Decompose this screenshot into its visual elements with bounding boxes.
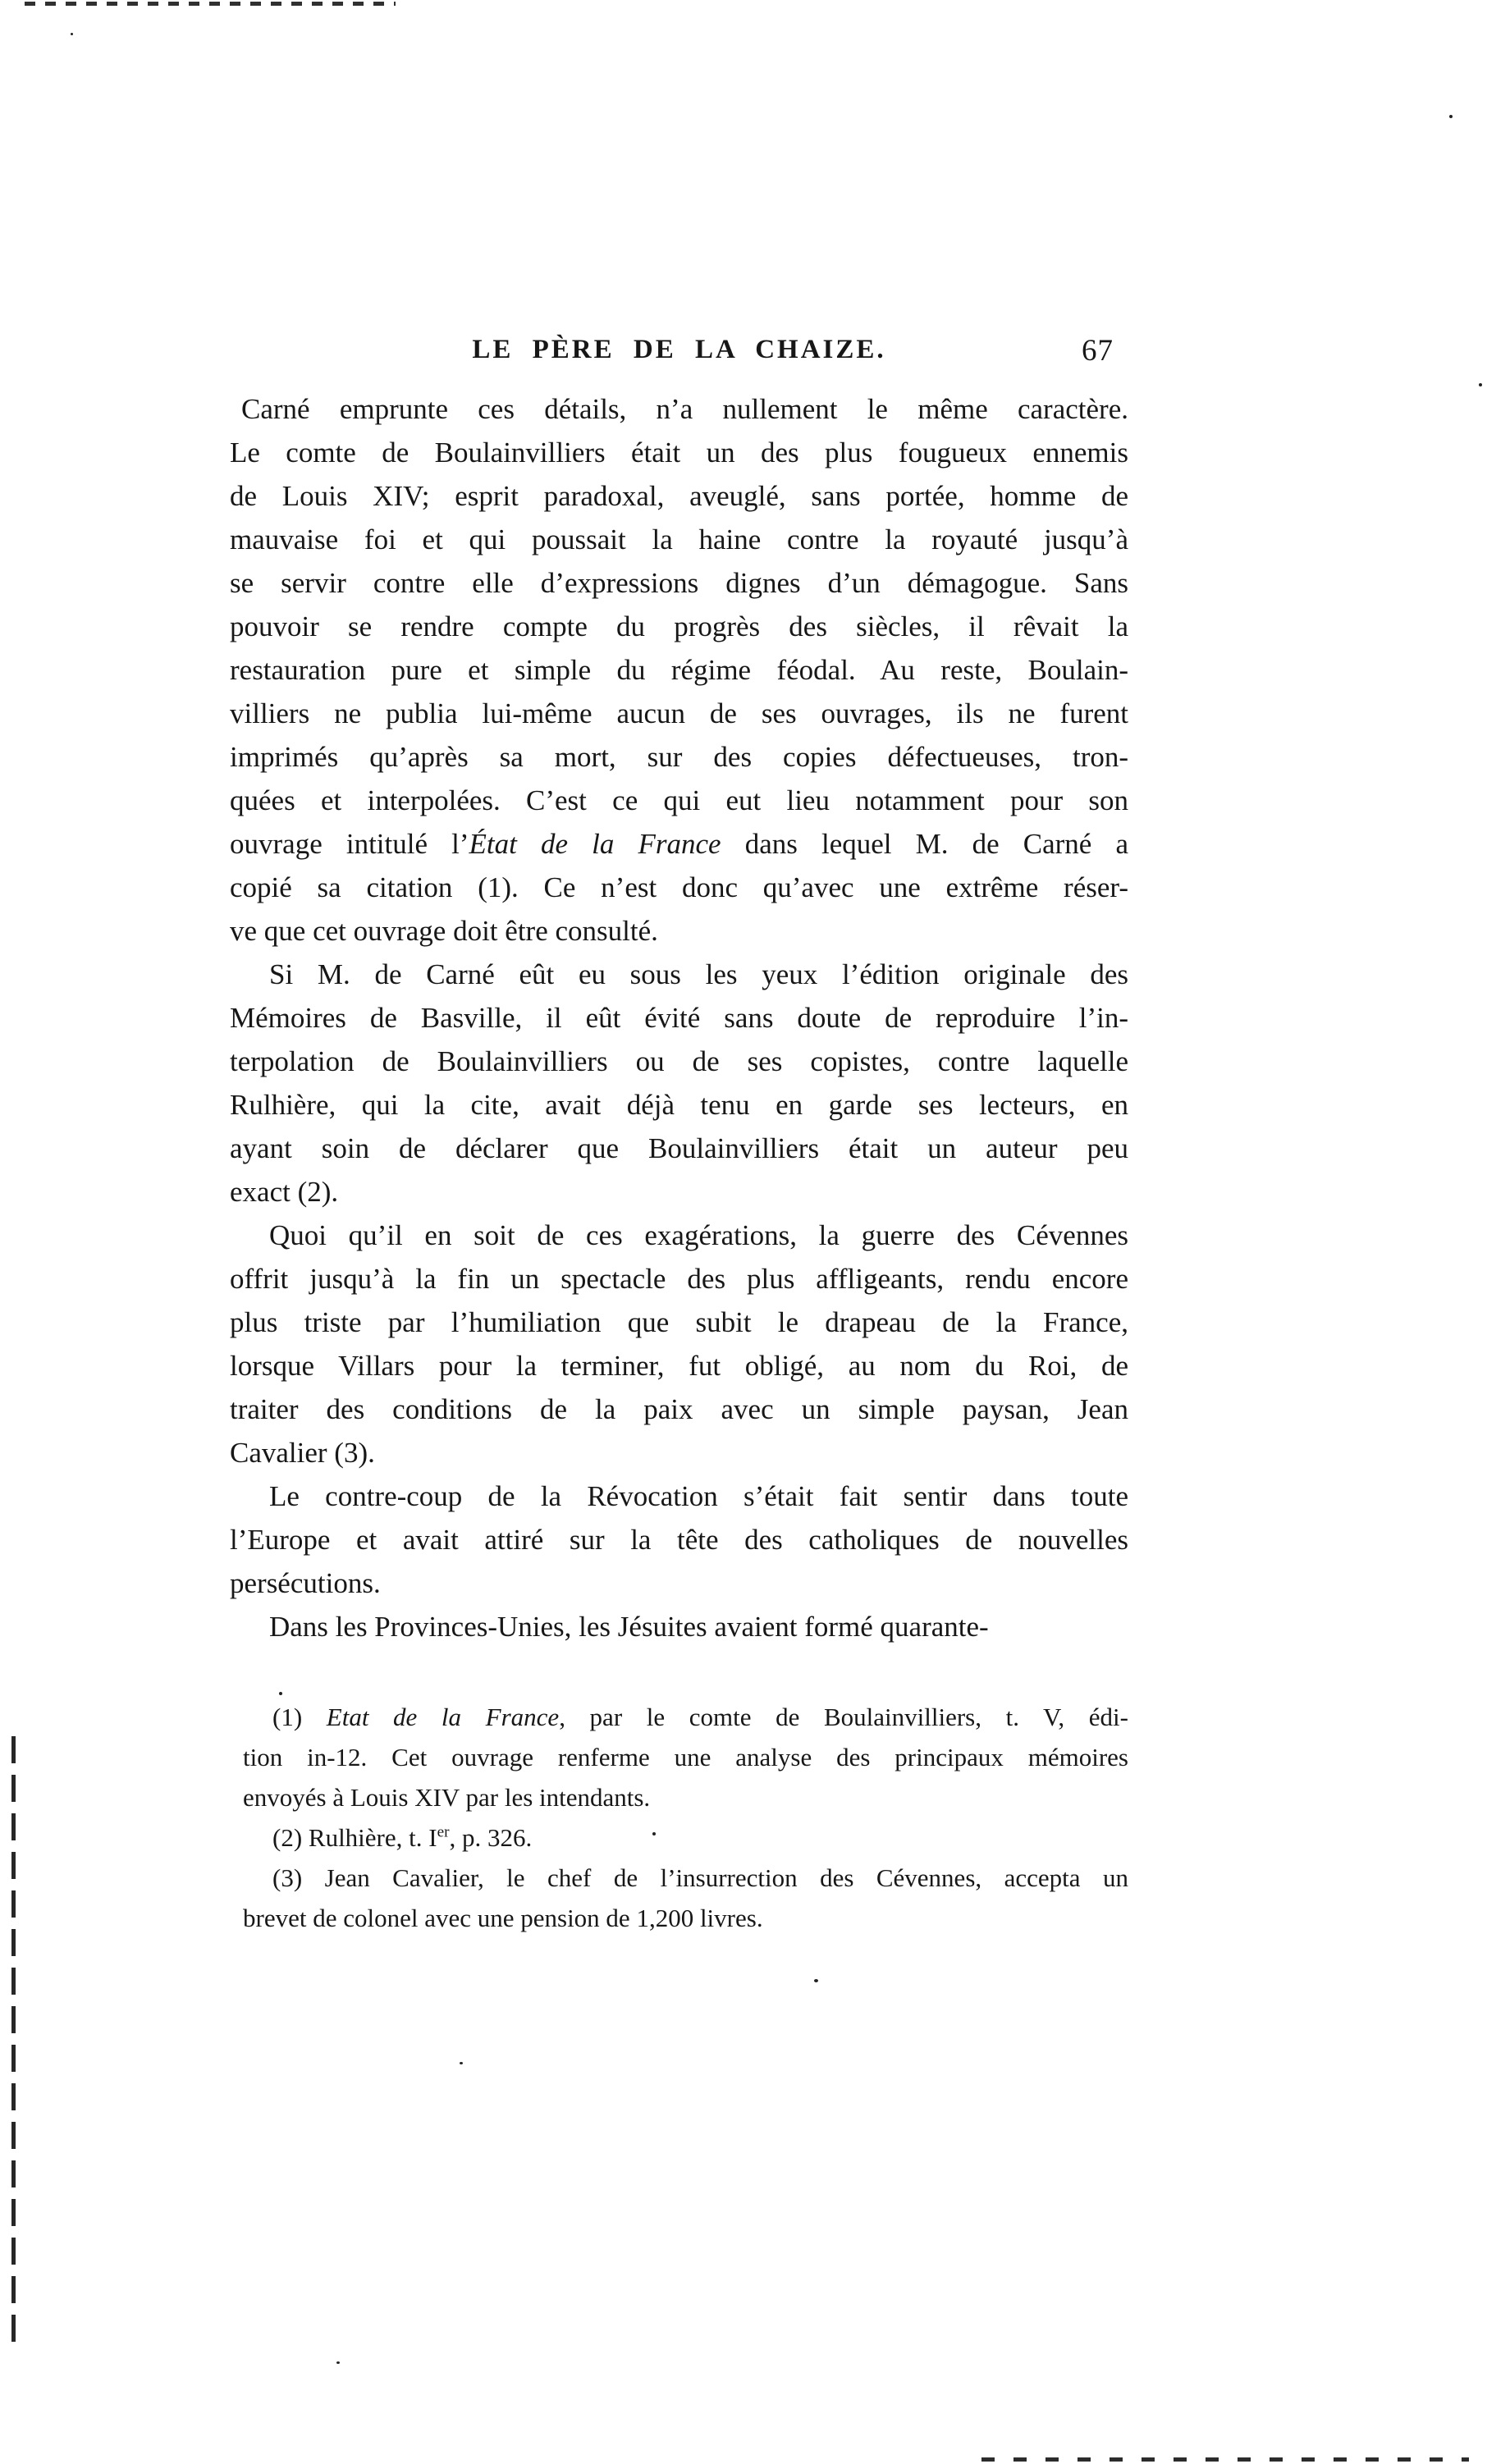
document-page: LE PÈRE DE LA CHAIZE. 67 Carné emprunte … [0, 0, 1487, 2464]
text-line: se servir contre elle d’expressions dign… [230, 561, 1128, 605]
italic-text: État de la France [469, 828, 721, 860]
text-line: Le contre-coup de la Révocation s’était … [230, 1474, 1128, 1518]
text-segment: Mémoires de Basville, il eût évité sans … [230, 1002, 1128, 1034]
text-segment: envoyés à Louis XIV par les intendants. [243, 1783, 650, 1812]
text-segment: ayant soin de déclarer que Boulainvillie… [230, 1132, 1128, 1164]
text-line: copié sa citation (1). Ce n’est donc qu’… [230, 866, 1128, 909]
text-segment: Le contre-coup de la Révocation s’était … [269, 1480, 1128, 1512]
text-line: tion in-12. Cet ouvrage renferme une ana… [243, 1737, 1128, 1777]
text-segment: pouvoir se rendre compte du progrès des … [230, 610, 1128, 642]
text-line: l’Europe et avait attiré sur la tête des… [230, 1518, 1128, 1561]
text-segment: villiers ne publia lui-même aucun de ses… [230, 697, 1128, 729]
page-number: 67 [1082, 333, 1114, 368]
text-line: offrit jusqu’à la fin un spectacle des p… [230, 1257, 1128, 1301]
scan-speck [814, 1979, 818, 1982]
text-segment: lorsque Villars pour la terminer, fut ob… [230, 1350, 1128, 1382]
text-segment: l’Europe et avait attiré sur la tête des… [230, 1524, 1128, 1556]
text-segment: exact (2). [230, 1176, 338, 1208]
text-line: imprimés qu’après sa mort, sur des copie… [230, 735, 1128, 779]
text-segment: (3) Jean Cavalier, le chef de l’insurrec… [272, 1863, 1128, 1892]
text-line: (3) Jean Cavalier, le chef de l’insurrec… [243, 1858, 1128, 1898]
text-segment: copié sa citation (1). Ce n’est donc qu’… [230, 871, 1128, 903]
text-segment: offrit jusqu’à la fin un spectacle des p… [230, 1263, 1128, 1295]
text-line: plus triste par l’humiliation que subit … [230, 1301, 1128, 1344]
text-segment: restauration pure et simple du régime fé… [230, 654, 1128, 686]
text-segment: Rulhière, qui la cite, avait déjà tenu e… [230, 1089, 1128, 1121]
body-text: Carné emprunte ces détails, n’a nullemen… [230, 387, 1128, 1648]
scan-speck [336, 2361, 340, 2364]
text-line: villiers ne publia lui-même aucun de ses… [230, 692, 1128, 735]
text-segment: Le comte de Boulainvilliers était un des… [230, 437, 1128, 469]
text-line: terpolation de Boulainvilliers ou de ses… [230, 1040, 1128, 1083]
text-line: Carné emprunte ces détails, n’a nullemen… [230, 387, 1128, 431]
text-segment: Carné emprunte ces détails, n’a nullemen… [241, 393, 1128, 425]
text-segment: Cavalier (3). [230, 1437, 375, 1469]
scan-speck [71, 33, 73, 35]
text-segment: tion in-12. Cet ouvrage renferme une ana… [243, 1743, 1128, 1771]
text-line: quées et interpolées. C’est ce qui eut l… [230, 779, 1128, 822]
text-line: de Louis XIV; esprit paradoxal, aveuglé,… [230, 474, 1128, 518]
text-line: (1) Etat de la France, par le comte de B… [243, 1697, 1128, 1737]
text-line: lorsque Villars pour la terminer, fut ob… [230, 1344, 1128, 1387]
text-segment: mauvaise foi et qui poussait la haine co… [230, 523, 1128, 555]
text-line: mauvaise foi et qui poussait la haine co… [230, 518, 1128, 561]
text-segment: (2) Rulhière, t. I [272, 1823, 437, 1852]
running-header-title: LE PÈRE DE LA CHAIZE. [230, 335, 1128, 371]
text-line: traiter des conditions de la paix avec u… [230, 1387, 1128, 1431]
text-line: ouvrage intitulé l’État de la France dan… [230, 822, 1128, 866]
text-segment: dans lequel M. de Carné a [721, 828, 1128, 860]
scan-speck [279, 1692, 282, 1695]
text-line: Quoi qu’il en soit de ces exagérations, … [230, 1214, 1128, 1257]
scan-artifact-bottom-dashes [981, 2457, 1469, 2462]
text-line: persécutions. [230, 1561, 1128, 1605]
text-line: Cavalier (3). [230, 1431, 1128, 1474]
text-line: Rulhière, qui la cite, avait déjà tenu e… [230, 1083, 1128, 1127]
text-segment: ve que cet ouvrage doit être consulté. [230, 915, 658, 947]
text-line: Mémoires de Basville, il eût évité sans … [230, 996, 1128, 1040]
footnotes: (1) Etat de la France, par le comte de B… [243, 1697, 1128, 1938]
text-segment: terpolation de Boulainvilliers ou de ses… [230, 1045, 1128, 1077]
text-line: Dans les Provinces-Unies, les Jésuites a… [230, 1605, 1128, 1648]
text-segment: plus triste par l’humiliation que subit … [230, 1306, 1128, 1338]
text-segment: se servir contre elle d’expressions dign… [230, 567, 1128, 599]
text-segment: Dans les Provinces-Unies, les Jésuites a… [269, 1611, 989, 1643]
text-segment: , par le comte de Boulainvilliers, t. V,… [559, 1703, 1128, 1731]
text-segment: (1) [272, 1703, 327, 1731]
text-line: envoyés à Louis XIV par les intendants. [243, 1777, 1128, 1817]
text-line: restauration pure et simple du régime fé… [230, 648, 1128, 692]
text-segment: , p. 326. [450, 1823, 533, 1852]
text-line: brevet de colonel avec une pension de 1,… [243, 1898, 1128, 1938]
text-line: pouvoir se rendre compte du progrès des … [230, 605, 1128, 648]
text-line: ve que cet ouvrage doit être consulté. [230, 909, 1128, 953]
scan-speck [1479, 383, 1482, 386]
text-line: Si M. de Carné eût eu sous les yeux l’éd… [230, 953, 1128, 996]
text-segment: brevet de colonel avec une pension de 1,… [243, 1904, 763, 1932]
italic-text: Etat de la France [327, 1703, 559, 1731]
text-segment: imprimés qu’après sa mort, sur des copie… [230, 741, 1128, 773]
text-line: ayant soin de déclarer que Boulainvillie… [230, 1127, 1128, 1170]
text-segment: Si M. de Carné eût eu sous les yeux l’éd… [269, 958, 1128, 990]
text-line: (2) Rulhière, t. Ier, p. 326. [243, 1817, 1128, 1858]
text-line: exact (2). [230, 1170, 1128, 1214]
superscript-text: er [437, 1824, 450, 1841]
scan-artifact-top-dashes [25, 2, 396, 6]
text-segment: Quoi qu’il en soit de ces exagérations, … [269, 1219, 1128, 1251]
text-segment: quées et interpolées. C’est ce qui eut l… [230, 784, 1128, 816]
text-segment: traiter des conditions de la paix avec u… [230, 1393, 1128, 1425]
text-segment: persécutions. [230, 1567, 381, 1599]
scan-speck [460, 2062, 463, 2064]
text-line: Le comte de Boulainvilliers était un des… [230, 431, 1128, 474]
text-segment: de Louis XIV; esprit paradoxal, aveuglé,… [230, 480, 1128, 512]
text-segment: ouvrage intitulé l’ [230, 828, 469, 860]
scan-speck [1449, 115, 1453, 118]
scan-artifact-left-margin-dashes [11, 1736, 16, 2350]
